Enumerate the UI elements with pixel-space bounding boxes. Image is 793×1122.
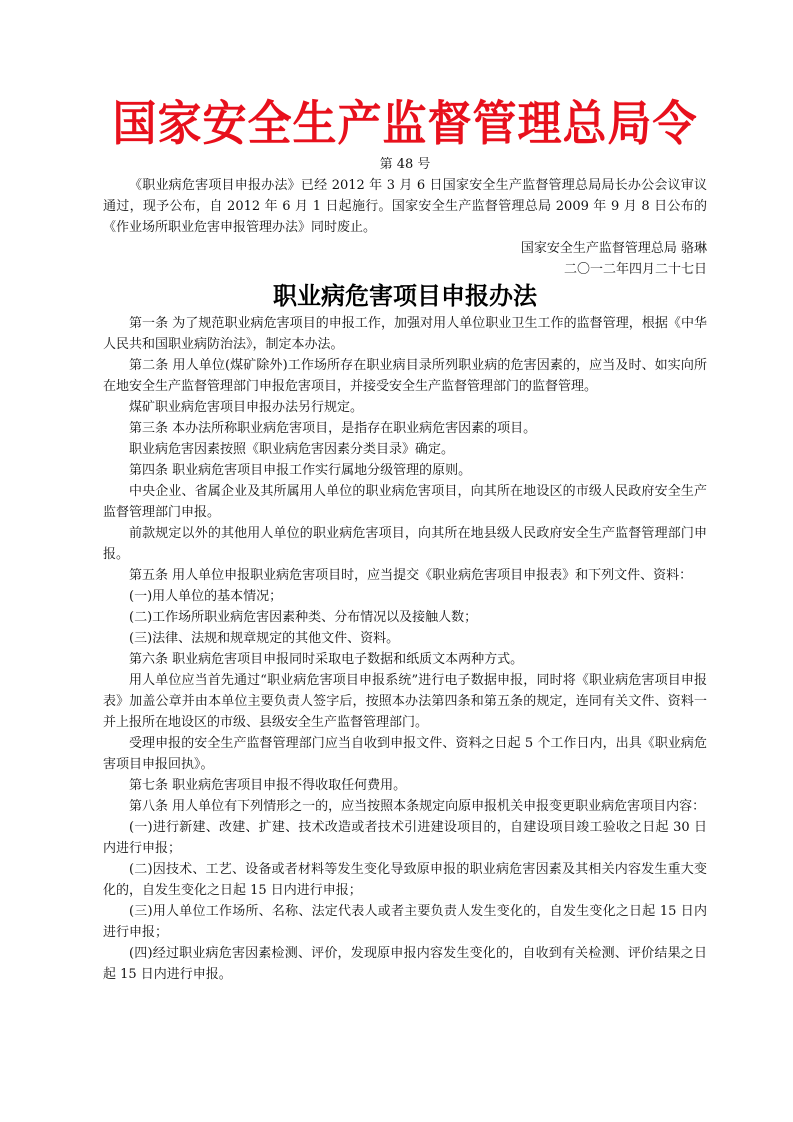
article-2-note: 煤矿职业病危害项目申报办法另行规定。 — [103, 397, 707, 418]
article-6-para-3: 受理申报的安全生产监督管理部门应当自收到申报文件、资料之日起 5 个工作日内，出… — [103, 733, 707, 775]
article-3: 第三条 本办法所称职业病危害项目，是指存在职业病危害因素的项目。 — [103, 418, 707, 439]
article-6: 第六条 职业病危害项目申报同时采取电子数据和纸质文本两种方式。 — [103, 649, 707, 670]
article-8-item-4: (四)经过职业病危害因素检测、评价，发现原申报内容发生变化的，自收到有关检测、评… — [103, 943, 707, 985]
signatory: 国家安全生产监督管理总局 骆琳 — [103, 238, 707, 259]
article-8-item-1: (一)进行新建、改建、扩建、技术改造或者技术引进建设项目的，自建设项目竣工验收之… — [103, 817, 707, 859]
article-5-item-1: (一)用人单位的基本情况； — [103, 586, 707, 607]
article-3-note: 职业病危害因素按照《职业病危害因素分类目录》确定。 — [103, 439, 707, 460]
article-2: 第二条 用人单位(煤矿除外)工作场所存在职业病目录所列职业病的危害因素的，应当及… — [103, 355, 707, 397]
article-4-para-3: 前款规定以外的其他用人单位的职业病危害项目，向其所在地县级人民政府安全生产监督管… — [103, 523, 707, 565]
article-1: 第一条 为了规范职业病危害项目的申报工作，加强对用人单位职业卫生工作的监督管理，… — [103, 313, 707, 355]
article-4-para-2: 中央企业、省属企业及其所属用人单位的职业病危害项目，向其所在地设区的市级人民政府… — [103, 481, 707, 523]
preamble: 《职业病危害项目申报办法》已经 2012 年 3 月 6 日国家安全生产监督管理… — [103, 175, 707, 280]
article-5: 第五条 用人单位申报职业病危害项目时，应当提交《职业病危害项目申报表》和下列文件… — [103, 565, 707, 586]
article-8-item-2: (二)因技术、工艺、设备或者材料等发生变化导致原申报的职业病危害因素及其相关内容… — [103, 859, 707, 901]
article-7: 第七条 职业病危害项目申报不得收取任何费用。 — [103, 775, 707, 796]
decree-date: 二〇一二年四月二十七日 — [103, 259, 707, 280]
law-title: 职业病危害项目申报办法 — [103, 280, 707, 312]
decree-title: 国家安全生产监督管理总局令 — [103, 94, 707, 157]
article-8: 第八条 用人单位有下列情形之一的，应当按照本条规定向原申报机关申报变更职业病危害… — [103, 796, 707, 817]
decree-number: 第 48 号 — [103, 156, 707, 174]
article-5-item-3: (三)法律、法规和规章规定的其他文件、资料。 — [103, 628, 707, 649]
article-4: 第四条 职业病危害项目申报工作实行属地分级管理的原则。 — [103, 460, 707, 481]
article-8-item-3: (三)用人单位工作场所、名称、法定代表人或者主要负责人发生变化的，自发生变化之日… — [103, 901, 707, 943]
article-5-item-2: (二)工作场所职业病危害因素种类、分布情况以及接触人数； — [103, 607, 707, 628]
preamble-text: 《职业病危害项目申报办法》已经 2012 年 3 月 6 日国家安全生产监督管理… — [103, 175, 707, 238]
law-body: 第一条 为了规范职业病危害项目的申报工作，加强对用人单位职业卫生工作的监督管理，… — [103, 313, 707, 985]
article-6-para-2: 用人单位应当首先通过“职业病危害项目申报系统”进行电子数据申报，同时将《职业病危… — [103, 670, 707, 733]
